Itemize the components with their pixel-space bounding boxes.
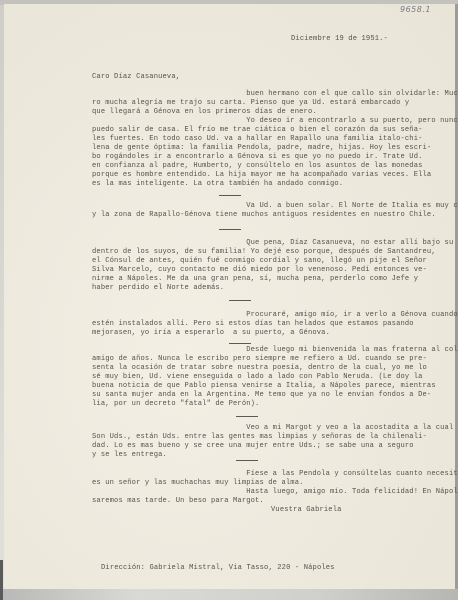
paragraph-2-line-2: puedo salir de casa. El frío me trae ciá… — [92, 126, 423, 135]
section-divider — [236, 416, 258, 417]
paragraph-2-line-4: lena de gente óptima: la familia Pendola… — [92, 144, 431, 153]
paragraph-7-line-2: Son Uds., están Uds. entre las gentes ma… — [92, 433, 427, 442]
section-divider — [229, 343, 251, 344]
paragraph-2-line-6: en confianza al padre, Humberto, y consú… — [92, 162, 423, 171]
paragraph-2-line-5: bo rogándoles ir a encontrarlo a Génova … — [92, 153, 423, 162]
paragraph-6-line-1: Desde luego mi bienvenida la mas fratern… — [92, 346, 458, 355]
paragraph-3-line-2: y la zona de Rapallo-Génova tiene muchos… — [92, 211, 436, 220]
paragraph-6-line-5: buena noticia de que Pablo piensa venirs… — [92, 382, 436, 391]
paragraph-8-line-3: Hasta luego, amigo mío. Toda felicidad! … — [92, 488, 458, 497]
paragraph-4-line-1: Que pena, Díaz Casanueva, no estar allí … — [92, 239, 458, 248]
section-divider — [219, 229, 241, 230]
paragraph-2-line-3: les fuertes. En todo caso Ud. va a halla… — [92, 135, 423, 144]
paragraph-1-line-2: ro mucha alegría me trajo su carta. Pien… — [92, 99, 409, 108]
salutation: Caro Díaz Casanueva, — [92, 73, 180, 82]
paragraph-6-line-3: senta la ocasión de tratar sobre nuestra… — [92, 364, 427, 373]
paragraph-8-line-2: es un señor y las muchachas muy limpias … — [92, 479, 304, 488]
paragraph-5-line-2: estén instalados allí. Pero si estos día… — [92, 320, 414, 329]
paragraph-4-line-2: dentro de los suyos, de su familia! Yo d… — [92, 248, 436, 257]
archive-number: 9658.1 — [400, 5, 431, 14]
paragraph-2-line-1: Yo deseo ir a encontrarlo a su puerto, p… — [92, 117, 458, 126]
paragraph-7-line-1: Veo a mi Margot y veo a la acostadita a … — [92, 424, 458, 433]
signature: Vuestra Gabriela — [271, 506, 342, 515]
paragraph-4-line-3: el Cónsul de antes, quién fué conmigo co… — [92, 257, 427, 266]
paragraph-8-line-1: Fíese a las Pendola y consúltelas cuanto… — [92, 470, 458, 479]
paragraph-6-line-2: amigo de años. Nunca le escribo pero sie… — [92, 355, 427, 364]
paragraph-6-line-6: su santa mujer anda en la Argentina. Me … — [92, 391, 431, 400]
paragraph-4-line-4: Silva Marcelo, cuyo contacto me dió mied… — [92, 266, 427, 275]
paragraph-7-line-4: y se les entrega. — [92, 451, 167, 460]
paragraph-6-line-7: lia, por un decreto "fatal" de Perón). — [92, 400, 259, 409]
scan-left-edge — [0, 560, 3, 600]
paragraph-2-line-8: es la mas inteligente. La otra también h… — [92, 180, 343, 189]
letter-date: Diciembre 19 de 1951.- — [291, 35, 388, 44]
paragraph-5-line-1: Procuraré, amigo mío, ir a verlo a Génov… — [92, 311, 458, 320]
return-address: Dirección: Gabriela Mistral, Via Tasso, … — [101, 564, 335, 573]
paragraph-2-line-7: porque es hombre entendido. La hija mayo… — [92, 171, 431, 180]
section-divider — [229, 300, 251, 301]
paragraph-4-line-6: haber perdido el Norte además. — [92, 284, 224, 293]
section-divider — [236, 460, 258, 461]
paragraph-3-line-1: Va Ud. a buen solar. El Norte de Italia … — [92, 202, 458, 211]
section-divider — [219, 195, 241, 196]
paragraph-7-line-3: dad. Lo es mas bueno y se cree una mujer… — [92, 442, 414, 451]
paragraph-8-line-4: saremos mas tarde. Un beso para Margot. — [92, 497, 264, 506]
paragraph-1-line-3: que llegará a Génova en los primeros día… — [92, 108, 317, 117]
paragraph-4-line-5: nirme a Nápoles. Me da una gran pena, sí… — [92, 275, 418, 284]
paragraph-6-line-4: sé muy bien, Ud. viene enseguida o lado … — [92, 373, 423, 382]
scan-bottom-edge — [0, 589, 458, 600]
paragraph-1-line-1: buen hermano con el que callo sin olvida… — [92, 90, 458, 99]
paragraph-5-line-3: mejorasen, yo iría a esperarlo a su puer… — [92, 329, 330, 338]
